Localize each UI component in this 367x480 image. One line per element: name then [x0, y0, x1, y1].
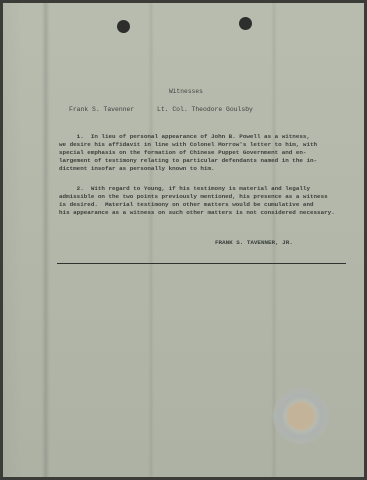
paragraph-1: 1. In lieu of personal appearance of Joh… [59, 133, 317, 173]
punch-hole-icon [239, 17, 252, 30]
seal-center [289, 404, 313, 428]
punch-hole-icon [117, 20, 130, 33]
signature-line: FRANK S. TAVENNER, JR. [215, 239, 293, 246]
name-frank-tavenner: Frank S. Tavenner [69, 106, 134, 113]
paper-fold-shadow [43, 3, 49, 477]
scan-frame: Witnesses Frank S. Tavenner Lt. Col. The… [0, 0, 367, 480]
document-page: Witnesses Frank S. Tavenner Lt. Col. The… [3, 3, 364, 477]
document-title: Witnesses [169, 88, 203, 96]
horizontal-rule [57, 263, 346, 264]
names-row: Frank S. Tavenner Lt. Col. Theodore Goul… [69, 106, 339, 115]
paper-fold-shadow [148, 3, 154, 477]
name-theodore-goulsby: Lt. Col. Theodore Goulsby [157, 106, 253, 113]
archive-seal-icon [273, 388, 329, 444]
paragraph-2: 2. With regard to Young, if his testimon… [59, 185, 335, 217]
